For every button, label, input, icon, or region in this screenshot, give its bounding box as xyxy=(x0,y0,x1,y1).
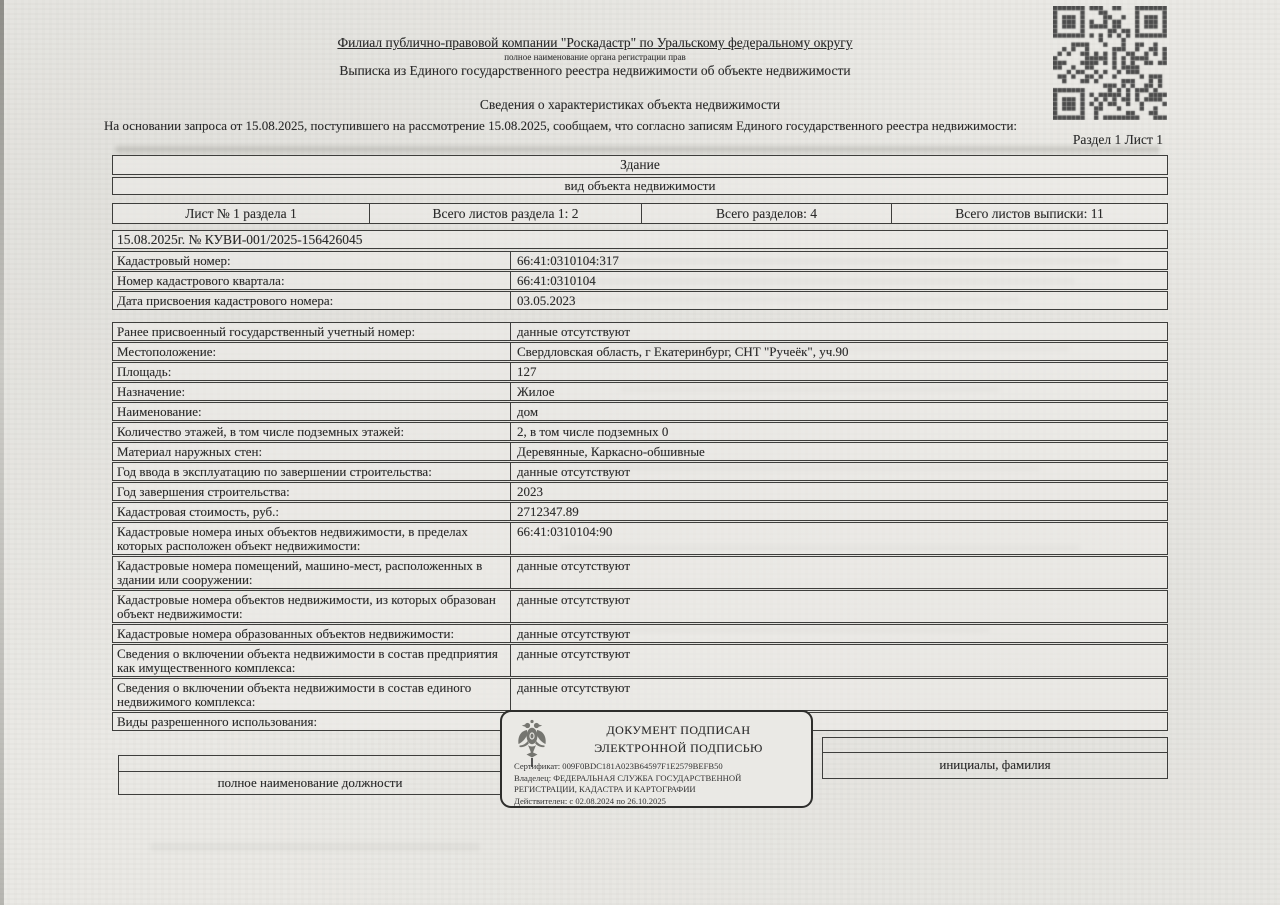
row-value: дом xyxy=(511,403,1167,420)
row-value: Жилое xyxy=(511,383,1167,400)
sheet-cell: Лист № 1 раздела 1 xyxy=(113,204,370,223)
qr-code xyxy=(1053,6,1167,120)
row-value: 03.05.2023 xyxy=(511,292,1167,309)
row-label: Ранее присвоенный государственный учетны… xyxy=(113,323,511,340)
table-row: Дата присвоения кадастрового номера: 03.… xyxy=(112,291,1168,310)
row-value: данные отсутствуют xyxy=(511,463,1167,480)
sheet-cell: Всего разделов: 4 xyxy=(642,204,892,223)
table-row: Кадастровые номера помещений, машино-мес… xyxy=(112,556,1168,589)
row-label: Кадастровая стоимость, руб.: xyxy=(113,503,511,520)
row-label: Год ввода в эксплуатацию по завершении с… xyxy=(113,463,511,480)
table-row: Кадастровый номер: 66:41:0310104:317 xyxy=(112,251,1168,270)
table-row: Сведения о включении объекта недвижимост… xyxy=(112,644,1168,677)
stamp-certificate: Сертификат: 009F0BDC181A023B64597F1E2579… xyxy=(514,761,799,773)
section-sheet-label: Раздел 1 Лист 1 xyxy=(940,132,1163,148)
table-row: Назначение: Жилое xyxy=(112,382,1168,401)
row-label: Кадастровые номера образованных объектов… xyxy=(113,625,511,642)
table-row: Кадастровые номера иных объектов недвижи… xyxy=(112,522,1168,555)
org-name: Филиал публично-правовой компании "Роска… xyxy=(160,35,1030,51)
stamp-details: Сертификат: 009F0BDC181A023B64597F1E2579… xyxy=(514,761,799,807)
row-value: 2712347.89 xyxy=(511,503,1167,520)
signature-name-box: инициалы, фамилия xyxy=(822,737,1168,779)
stamp-owner: Владелец: ФЕДЕРАЛЬНАЯ СЛУЖБА ГОСУДАРСТВЕ… xyxy=(514,773,799,796)
table-gap xyxy=(112,311,1168,322)
object-kind-value: Здание xyxy=(112,155,1168,175)
row-label: Площадь: xyxy=(113,363,511,380)
row-label: Год завершения строительства: xyxy=(113,483,511,500)
row-label: Номер кадастрового квартала: xyxy=(113,272,511,289)
table-row: Кадастровые номера образованных объектов… xyxy=(112,624,1168,643)
signature-name-caption: инициалы, фамилия xyxy=(823,753,1167,778)
stamp-title-line1: ДОКУМЕНТ ПОДПИСАН xyxy=(554,723,803,738)
row-value: данные отсутствуют xyxy=(511,679,1167,710)
document-title: Выписка из Единого государственного реес… xyxy=(160,63,1030,79)
sheet-cell: Всего листов выписки: 11 xyxy=(892,204,1167,223)
table-row: Количество этажей, в том числе подземных… xyxy=(112,422,1168,441)
stamp-validity: Действителен: с 02.08.2024 по 26.10.2025 xyxy=(514,796,799,808)
table-row: Наименование: дом xyxy=(112,402,1168,421)
row-value: Деревянные, Каркасно-обшивные xyxy=(511,443,1167,460)
row-label: Дата присвоения кадастрового номера: xyxy=(113,292,511,309)
row-label: Наименование: xyxy=(113,403,511,420)
signature-line xyxy=(119,756,501,772)
row-label: Кадастровые номера иных объектов недвижи… xyxy=(113,523,511,554)
table-row: Номер кадастрового квартала: 66:41:03101… xyxy=(112,271,1168,290)
row-label: Местоположение: xyxy=(113,343,511,360)
request-number: 15.08.2025г. № КУВИ-001/2025-156426045 xyxy=(112,230,1168,249)
row-value: Свердловская область, г Екатеринбург, СН… xyxy=(511,343,1167,360)
row-value: данные отсутствуют xyxy=(511,625,1167,642)
object-kind-caption: вид объекта недвижимости xyxy=(112,177,1168,195)
table-row: Ранее присвоенный государственный учетны… xyxy=(112,322,1168,341)
row-value: 66:41:0310104:90 xyxy=(511,523,1167,554)
row-label: Материал наружных стен: xyxy=(113,443,511,460)
table-row: Кадастровая стоимость, руб.: 2712347.89 xyxy=(112,502,1168,521)
signature-position-caption: полное наименование должности xyxy=(119,772,501,794)
row-value: данные отсутствуют xyxy=(511,591,1167,622)
table-row: Кадастровые номера объектов недвижимости… xyxy=(112,590,1168,623)
signature-position-box: полное наименование должности xyxy=(118,755,502,795)
double-headed-eagle-icon xyxy=(515,719,549,759)
object-info-table: Здание вид объекта недвижимости Лист № 1… xyxy=(112,155,1168,732)
table-row: Материал наружных стен: Деревянные, Карк… xyxy=(112,442,1168,461)
table-row: Год ввода в эксплуатацию по завершении с… xyxy=(112,462,1168,481)
document-page: Филиал публично-правовой компании "Роска… xyxy=(0,0,1280,905)
row-value: 127 xyxy=(511,363,1167,380)
org-name-caption: полное наименование органа регистрации п… xyxy=(160,52,1030,62)
row-label: Назначение: xyxy=(113,383,511,400)
electronic-signature-stamp: ДОКУМЕНТ ПОДПИСАН ЭЛЕКТРОННОЙ ПОДПИСЬЮ С… xyxy=(500,710,813,808)
table-row: Площадь: 127 xyxy=(112,362,1168,381)
row-label: Виды разрешенного использования: xyxy=(113,713,511,730)
row-label: Кадастровые номера объектов недвижимости… xyxy=(113,591,511,622)
row-label: Количество этажей, в том числе подземных… xyxy=(113,423,511,440)
table-row: Местоположение: Свердловская область, г … xyxy=(112,342,1168,361)
row-value: 66:41:0310104:317 xyxy=(511,252,1167,269)
row-value: 2, в том числе подземных 0 xyxy=(511,423,1167,440)
row-label: Сведения о включении объекта недвижимост… xyxy=(113,645,511,676)
row-value: данные отсутствуют xyxy=(511,645,1167,676)
sheet-cell: Всего листов раздела 1: 2 xyxy=(370,204,642,223)
signature-line xyxy=(823,738,1167,753)
table-row: Сведения о включении объекта недвижимост… xyxy=(112,678,1168,711)
scan-edge-shadow xyxy=(0,0,4,905)
stamp-title-line2: ЭЛЕКТРОННОЙ ПОДПИСЬЮ xyxy=(554,741,803,756)
scan-artifact xyxy=(150,843,480,851)
row-value: данные отсутствуют xyxy=(511,557,1167,588)
sheet-counts-row: Лист № 1 раздела 1 Всего листов раздела … xyxy=(112,203,1168,224)
row-value: 2023 xyxy=(511,483,1167,500)
section-heading: Сведения о характеристиках объекта недви… xyxy=(160,97,1100,113)
row-value: 66:41:0310104 xyxy=(511,272,1167,289)
row-value: данные отсутствуют xyxy=(511,323,1167,340)
row-label: Кадастровый номер: xyxy=(113,252,511,269)
table-row: Год завершения строительства: 2023 xyxy=(112,482,1168,501)
row-label: Сведения о включении объекта недвижимост… xyxy=(113,679,511,710)
row-label: Кадастровые номера помещений, машино-мес… xyxy=(113,557,511,588)
